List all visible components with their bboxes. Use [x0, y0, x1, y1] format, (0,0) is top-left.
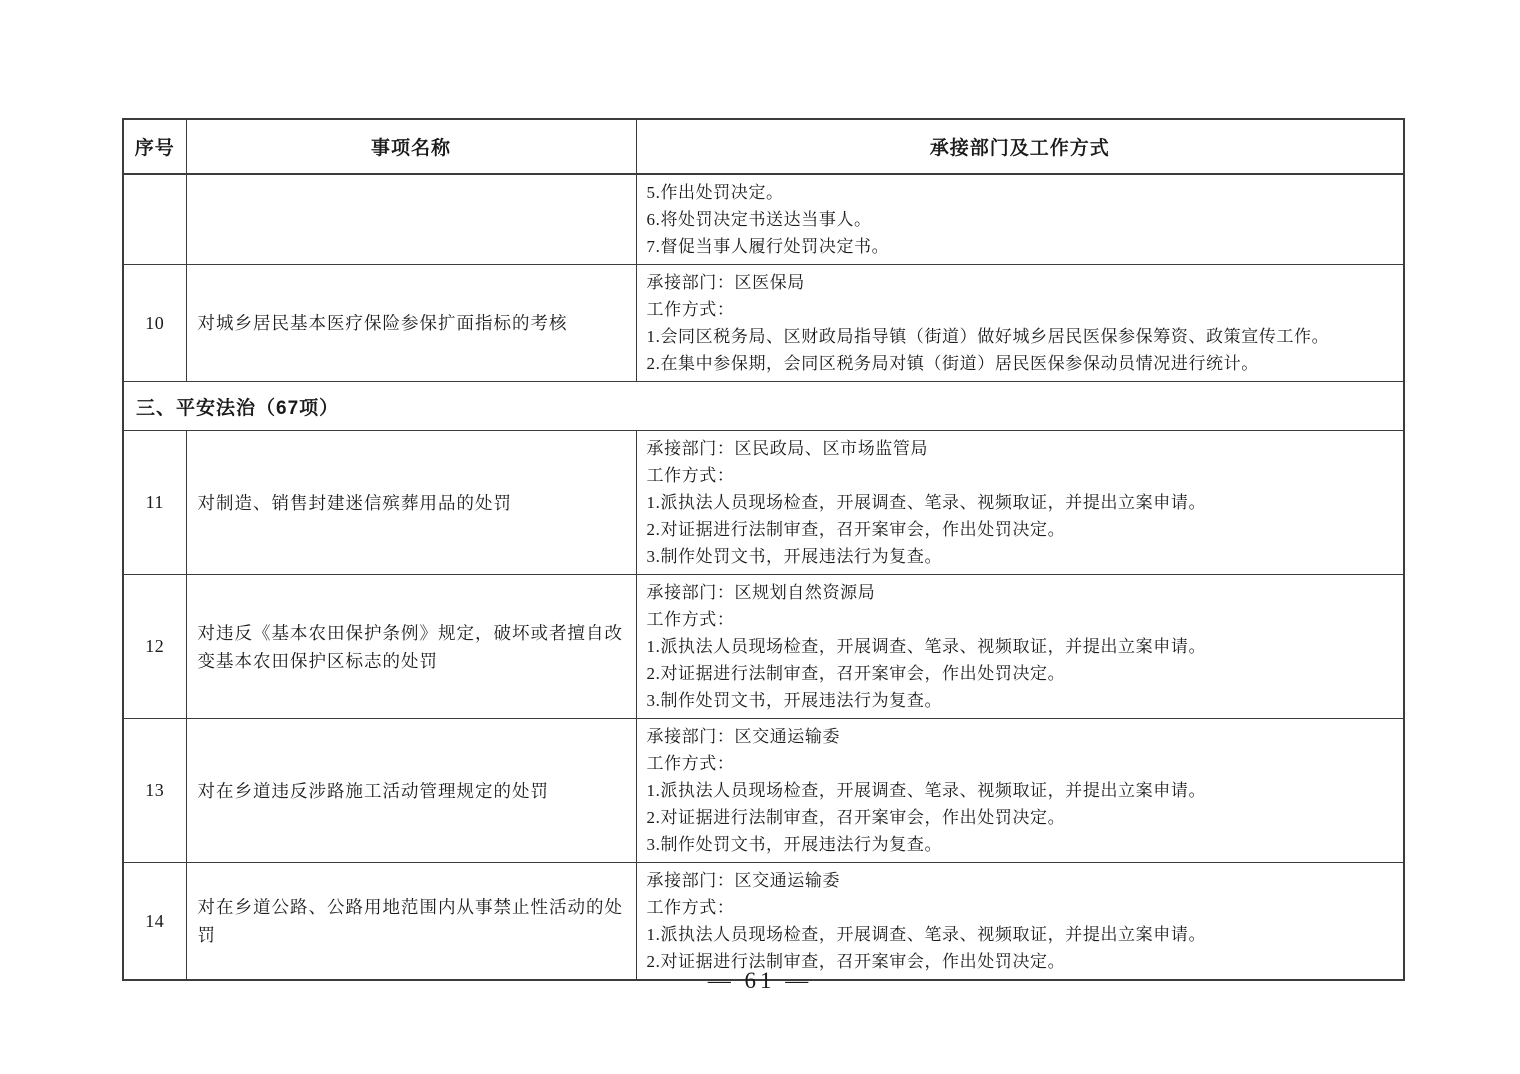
- header-serial-number: 序号: [123, 119, 186, 174]
- table-row-13: 13 对在乡道违反涉路施工活动管理规定的处罚 承接部门：区交通运输委 工作方式：…: [123, 719, 1404, 863]
- page-number: — 61 —: [0, 968, 1520, 994]
- serial-cell: 14: [123, 863, 186, 981]
- table-row-continuation: 5.作出处罚决定。 6.将处罚决定书送达当事人。 7.督促当事人履行处罚决定书。: [123, 174, 1404, 265]
- item-name-cell: [186, 174, 636, 265]
- detail-line: 承接部门：区民政局、区市场监管局: [647, 435, 1396, 462]
- detail-line: 1.派执法人员现场检查，开展调查、笔录、视频取证，并提出立案申请。: [647, 633, 1396, 660]
- detail-cell: 承接部门：区交通运输委 工作方式： 1.派执法人员现场检查，开展调查、笔录、视频…: [636, 719, 1404, 863]
- section-header-row: 三、平安法治（67项）: [123, 382, 1404, 431]
- detail-line: 2.在集中参保期，会同区税务局对镇（街道）居民医保参保动员情况进行统计。: [647, 350, 1396, 377]
- serial-cell: 11: [123, 431, 186, 575]
- detail-line: 7.督促当事人履行处罚决定书。: [647, 233, 1396, 260]
- document-page: 序号 事项名称 承接部门及工作方式 5.作出处罚决定。 6.将处罚决定书送达当事…: [0, 0, 1520, 1074]
- detail-line: 1.派执法人员现场检查，开展调查、笔录、视频取证，并提出立案申请。: [647, 489, 1396, 516]
- detail-line: 1.派执法人员现场检查，开展调查、笔录、视频取证，并提出立案申请。: [647, 777, 1396, 804]
- serial-cell: [123, 174, 186, 265]
- detail-line: 承接部门：区交通运输委: [647, 723, 1396, 750]
- detail-line: 工作方式：: [647, 894, 1396, 921]
- detail-cell: 承接部门：区交通运输委 工作方式： 1.派执法人员现场检查，开展调查、笔录、视频…: [636, 863, 1404, 981]
- serial-cell: 10: [123, 265, 186, 382]
- table-row-14: 14 对在乡道公路、公路用地范围内从事禁止性活动的处罚 承接部门：区交通运输委 …: [123, 863, 1404, 981]
- item-name-cell: 对制造、销售封建迷信殡葬用品的处罚: [186, 431, 636, 575]
- item-name-cell: 对在乡道公路、公路用地范围内从事禁止性活动的处罚: [186, 863, 636, 981]
- table-header-row: 序号 事项名称 承接部门及工作方式: [123, 119, 1404, 174]
- detail-cell: 承接部门：区医保局 工作方式： 1.会同区税务局、区财政局指导镇（街道）做好城乡…: [636, 265, 1404, 382]
- detail-cell: 5.作出处罚决定。 6.将处罚决定书送达当事人。 7.督促当事人履行处罚决定书。: [636, 174, 1404, 265]
- detail-line: 工作方式：: [647, 606, 1396, 633]
- serial-cell: 13: [123, 719, 186, 863]
- detail-line: 2.对证据进行法制审查，召开案审会，作出处罚决定。: [647, 660, 1396, 687]
- detail-line: 承接部门：区交通运输委: [647, 867, 1396, 894]
- header-department-method: 承接部门及工作方式: [636, 119, 1404, 174]
- item-name-cell: 对城乡居民基本医疗保险参保扩面指标的考核: [186, 265, 636, 382]
- detail-line: 5.作出处罚决定。: [647, 179, 1396, 206]
- detail-line: 3.制作处罚文书，开展违法行为复查。: [647, 687, 1396, 714]
- table-row-12: 12 对违反《基本农田保护条例》规定，破坏或者擅自改变基本农田保护区标志的处罚 …: [123, 575, 1404, 719]
- detail-line: 6.将处罚决定书送达当事人。: [647, 206, 1396, 233]
- detail-line: 2.对证据进行法制审查，召开案审会，作出处罚决定。: [647, 516, 1396, 543]
- items-table: 序号 事项名称 承接部门及工作方式 5.作出处罚决定。 6.将处罚决定书送达当事…: [122, 118, 1405, 981]
- detail-cell: 承接部门：区民政局、区市场监管局 工作方式： 1.派执法人员现场检查，开展调查、…: [636, 431, 1404, 575]
- serial-cell: 12: [123, 575, 186, 719]
- table-row-10: 10 对城乡居民基本医疗保险参保扩面指标的考核 承接部门：区医保局 工作方式： …: [123, 265, 1404, 382]
- detail-line: 1.派执法人员现场检查，开展调查、笔录、视频取证，并提出立案申请。: [647, 921, 1396, 948]
- detail-line: 工作方式：: [647, 750, 1396, 777]
- item-name-cell: 对违反《基本农田保护条例》规定，破坏或者擅自改变基本农田保护区标志的处罚: [186, 575, 636, 719]
- table-row-11: 11 对制造、销售封建迷信殡葬用品的处罚 承接部门：区民政局、区市场监管局 工作…: [123, 431, 1404, 575]
- detail-line: 3.制作处罚文书，开展违法行为复查。: [647, 831, 1396, 858]
- detail-line: 工作方式：: [647, 296, 1396, 323]
- detail-line: 3.制作处罚文书，开展违法行为复查。: [647, 543, 1396, 570]
- detail-line: 承接部门：区规划自然资源局: [647, 579, 1396, 606]
- detail-line: 1.会同区税务局、区财政局指导镇（街道）做好城乡居民医保参保筹资、政策宣传工作。: [647, 323, 1396, 350]
- detail-cell: 承接部门：区规划自然资源局 工作方式： 1.派执法人员现场检查，开展调查、笔录、…: [636, 575, 1404, 719]
- header-item-name: 事项名称: [186, 119, 636, 174]
- section-header-title: 三、平安法治（67项）: [123, 382, 1404, 431]
- detail-line: 工作方式：: [647, 462, 1396, 489]
- item-name-cell: 对在乡道违反涉路施工活动管理规定的处罚: [186, 719, 636, 863]
- detail-line: 2.对证据进行法制审查，召开案审会，作出处罚决定。: [647, 804, 1396, 831]
- detail-line: 承接部门：区医保局: [647, 269, 1396, 296]
